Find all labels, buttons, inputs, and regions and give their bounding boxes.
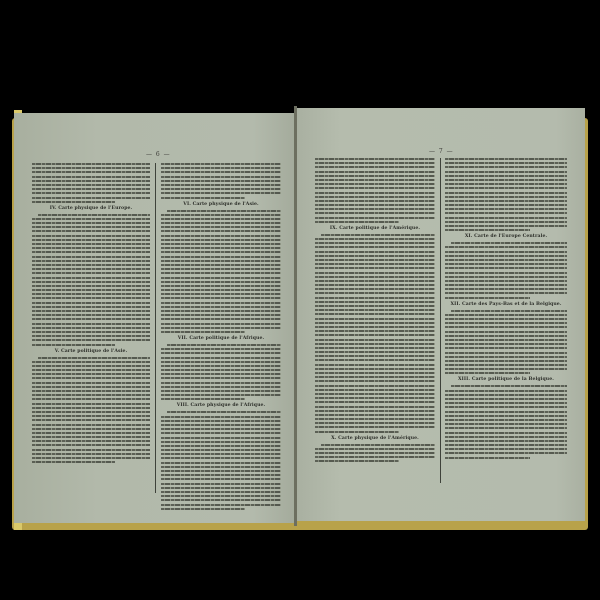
- text-line: [32, 314, 150, 316]
- text-line: [315, 272, 435, 274]
- text-line: [445, 183, 567, 185]
- text-line: [445, 292, 567, 294]
- text-line: [161, 441, 281, 443]
- text-line: [315, 200, 435, 202]
- text-line: [315, 212, 435, 214]
- text-line: [445, 444, 567, 446]
- text-line: [161, 382, 281, 384]
- text-line: [32, 428, 150, 430]
- text-line: [445, 158, 567, 160]
- text-line: [167, 411, 281, 413]
- text-line: [445, 402, 567, 404]
- text-line: [161, 365, 281, 367]
- text-line: [315, 380, 435, 382]
- text-line: [32, 361, 150, 363]
- left-page-number: — 6 —: [146, 151, 171, 158]
- text-line: [315, 292, 435, 294]
- text-line: [161, 348, 281, 350]
- text-line: [315, 389, 435, 391]
- text-line: [32, 394, 150, 396]
- text-line: [315, 418, 435, 420]
- text-line: [445, 343, 567, 345]
- text-line: [315, 401, 435, 403]
- section-heading: VI. Carte physique de l'Asie.: [161, 202, 281, 207]
- text-line: [161, 462, 281, 464]
- text-line: [161, 352, 281, 354]
- text-line: [445, 331, 567, 333]
- text-line: [315, 313, 435, 315]
- text-line: [315, 431, 399, 433]
- text-line: [32, 239, 150, 241]
- text-line: [161, 495, 281, 497]
- text-line: [315, 393, 435, 395]
- text-line: [315, 359, 435, 361]
- text-line: [445, 229, 530, 231]
- text-line: [445, 356, 567, 358]
- text-line: [38, 357, 150, 359]
- text-line: [161, 474, 281, 476]
- text-line: [315, 414, 435, 416]
- text-line: [161, 188, 281, 190]
- text-line: [32, 230, 150, 232]
- text-line: [315, 347, 435, 349]
- section-heading: X. Carte physique de l'Amérique.: [315, 436, 435, 441]
- text-line: [32, 171, 150, 173]
- text-line: [315, 343, 435, 345]
- right-page-number: — 7 —: [429, 148, 454, 155]
- text-line: [315, 276, 435, 278]
- text-line: [161, 163, 281, 165]
- text-line: [161, 314, 281, 316]
- text-line: [32, 339, 150, 341]
- text-line: [445, 314, 567, 316]
- section-heading: VII. Carte politique de l'Afrique.: [161, 336, 281, 341]
- text-line: [445, 335, 567, 337]
- text-line: [315, 238, 435, 240]
- text-line: [315, 192, 435, 194]
- text-line: [161, 285, 281, 287]
- text-line: [445, 347, 567, 349]
- text-line: [161, 420, 281, 422]
- text-line: [315, 326, 435, 328]
- text-line: [32, 323, 150, 325]
- text-line: [315, 355, 435, 357]
- text-line: [315, 284, 435, 286]
- text-line: [32, 222, 150, 224]
- text-line: [315, 217, 435, 219]
- text-line: [161, 432, 281, 434]
- text-line: [315, 460, 399, 462]
- text-line: [32, 176, 150, 178]
- text-line: [161, 180, 281, 182]
- text-line: [32, 444, 150, 446]
- text-line: [161, 491, 281, 493]
- text-line: [445, 276, 567, 278]
- text-line: [315, 301, 435, 303]
- text-line: [321, 234, 435, 236]
- text-line: [315, 175, 435, 177]
- text-line: [315, 368, 435, 370]
- text-line: [315, 452, 435, 454]
- text-line: [161, 184, 281, 186]
- section-heading: V. Carte politique de l'Asie.: [32, 349, 150, 354]
- text-line: [161, 218, 281, 220]
- text-line: [32, 436, 150, 438]
- text-line: [161, 260, 281, 262]
- text-line: [445, 394, 567, 396]
- text-line: [445, 368, 567, 370]
- text-line: [161, 243, 281, 245]
- left-page-column-2: VI. Carte physique de l'Asie.VII. Carte …: [161, 163, 281, 512]
- text-line: [445, 162, 567, 164]
- text-line: [315, 242, 435, 244]
- section-heading: IV. Carte physique de l'Europe.: [32, 206, 150, 211]
- text-line: [32, 302, 150, 304]
- text-line: [445, 200, 567, 202]
- text-line: [32, 419, 150, 421]
- text-line: [161, 239, 281, 241]
- text-line: [161, 197, 245, 199]
- text-line: [315, 339, 435, 341]
- text-line: [315, 372, 435, 374]
- open-book: — 6 — IV. Carte physique de l'Europe.V. …: [0, 0, 600, 600]
- text-line: [161, 504, 281, 506]
- text-line: [445, 175, 567, 177]
- text-line: [445, 372, 530, 374]
- text-line: [445, 288, 567, 290]
- text-line: [445, 339, 567, 341]
- text-line: [445, 419, 567, 421]
- text-line: [161, 256, 281, 258]
- text-line: [315, 208, 435, 210]
- text-line: [315, 280, 435, 282]
- text-line: [32, 180, 150, 182]
- text-line: [161, 289, 281, 291]
- text-line: [161, 457, 281, 459]
- text-line: [161, 323, 281, 325]
- text-line: [445, 196, 567, 198]
- text-line: [445, 352, 567, 354]
- text-line: [32, 407, 150, 409]
- section-heading: XI. Carte de l'Europe Centrale.: [445, 234, 567, 239]
- text-line: [32, 318, 150, 320]
- text-line: [445, 212, 567, 214]
- text-line: [445, 452, 567, 454]
- section-heading: IX. Carte politique de l'Amérique.: [315, 226, 435, 231]
- text-line: [445, 415, 567, 417]
- text-line: [445, 280, 567, 282]
- text-line: [161, 487, 281, 489]
- text-line: [445, 360, 567, 362]
- text-line: [315, 448, 435, 450]
- text-line: [445, 179, 567, 181]
- text-line: [161, 394, 281, 396]
- left-page: — 6 — IV. Carte physique de l'Europe.V. …: [14, 113, 295, 523]
- text-line: [161, 247, 281, 249]
- text-line: [32, 415, 150, 417]
- text-line: [32, 424, 150, 426]
- text-line: [32, 382, 150, 384]
- text-line: [161, 176, 281, 178]
- text-line: [161, 331, 245, 333]
- text-line: [161, 373, 281, 375]
- text-line: [32, 264, 150, 266]
- text-line: [321, 444, 435, 446]
- text-line: [161, 281, 281, 283]
- text-line: [445, 364, 567, 366]
- text-line: [161, 306, 281, 308]
- text-line: [32, 272, 150, 274]
- text-line: [161, 449, 281, 451]
- text-line: [445, 259, 567, 261]
- text-line: [32, 369, 150, 371]
- text-line: [161, 478, 281, 480]
- text-line: [32, 411, 150, 413]
- text-line: [315, 456, 435, 458]
- text-line: [315, 305, 435, 307]
- section-heading: VIII. Carte physique de l'Afrique.: [161, 403, 281, 408]
- text-line: [161, 235, 281, 237]
- text-line: [315, 426, 435, 428]
- text-line: [445, 263, 567, 265]
- text-line: [315, 221, 399, 223]
- text-line: [445, 448, 567, 450]
- text-line: [445, 217, 567, 219]
- text-line: [445, 272, 567, 274]
- text-line: [315, 246, 435, 248]
- column-rule: [440, 158, 441, 483]
- text-line: [315, 171, 435, 173]
- text-line: [445, 318, 567, 320]
- text-line: [445, 246, 567, 248]
- text-line: [315, 297, 435, 299]
- text-line: [32, 365, 150, 367]
- text-line: [32, 268, 150, 270]
- text-line: [445, 255, 567, 257]
- text-line: [161, 470, 281, 472]
- right-page-column-2: XI. Carte de l'Europe Centrale.XII. Cart…: [445, 158, 567, 461]
- text-line: [32, 403, 150, 405]
- text-line: [161, 302, 281, 304]
- text-line: [32, 373, 150, 375]
- text-line: [32, 251, 150, 253]
- text-line: [161, 251, 281, 253]
- text-line: [445, 221, 567, 223]
- text-line: [445, 297, 530, 299]
- text-line: [445, 390, 567, 392]
- right-page: — 7 — IX. Carte politique de l'Amérique.…: [297, 108, 585, 521]
- text-line: [315, 397, 435, 399]
- text-line: [315, 330, 435, 332]
- text-line: [161, 167, 281, 169]
- text-line: [445, 284, 567, 286]
- text-line: [315, 196, 435, 198]
- left-page-column-1: IV. Carte physique de l'Europe.V. Carte …: [32, 163, 150, 465]
- section-heading: XII. Carte des Pays-Bas et de la Belgiqu…: [445, 302, 567, 307]
- text-line: [161, 445, 281, 447]
- text-line: [445, 436, 567, 438]
- text-line: [161, 230, 281, 232]
- text-line: [315, 406, 435, 408]
- text-line: [315, 183, 435, 185]
- text-line: [32, 293, 150, 295]
- text-line: [315, 309, 435, 311]
- text-line: [32, 297, 150, 299]
- text-line: [315, 162, 435, 164]
- text-line: [161, 171, 281, 173]
- text-line: [315, 351, 435, 353]
- text-line: [315, 422, 435, 424]
- text-line: [161, 499, 281, 501]
- text-line: [451, 310, 567, 312]
- text-line: [445, 187, 567, 189]
- text-line: [32, 377, 150, 379]
- text-line: [445, 208, 567, 210]
- text-line: [161, 416, 281, 418]
- text-line: [32, 432, 150, 434]
- text-line: [161, 192, 281, 194]
- text-line: [32, 281, 150, 283]
- text-line: [315, 376, 435, 378]
- text-line: [445, 432, 567, 434]
- text-line: [445, 166, 567, 168]
- text-line: [32, 218, 150, 220]
- text-line: [167, 210, 281, 212]
- text-line: [32, 285, 150, 287]
- text-line: [32, 201, 115, 203]
- text-line: [445, 457, 530, 459]
- text-line: [161, 318, 281, 320]
- text-line: [32, 289, 150, 291]
- text-line: [32, 440, 150, 442]
- text-line: [32, 386, 150, 388]
- text-line: [161, 272, 281, 274]
- text-line: [32, 167, 150, 169]
- text-line: [32, 277, 150, 279]
- text-line: [32, 184, 150, 186]
- text-line: [38, 214, 150, 216]
- text-line: [315, 318, 435, 320]
- section-heading: XIII. Carte politique de la Belgique.: [445, 377, 567, 382]
- text-line: [161, 424, 281, 426]
- text-line: [161, 214, 281, 216]
- text-line: [161, 369, 281, 371]
- text-line: [161, 466, 281, 468]
- text-line: [445, 411, 567, 413]
- text-line: [32, 188, 150, 190]
- text-line: [32, 247, 150, 249]
- text-line: [32, 163, 150, 165]
- text-line: [445, 204, 567, 206]
- text-line: [32, 226, 150, 228]
- text-line: [445, 398, 567, 400]
- text-line: [32, 461, 115, 463]
- text-line: [161, 398, 245, 400]
- text-line: [445, 192, 567, 194]
- text-line: [167, 344, 281, 346]
- text-line: [32, 327, 150, 329]
- text-line: [445, 440, 567, 442]
- text-line: [32, 390, 150, 392]
- text-line: [451, 385, 567, 387]
- text-line: [161, 386, 281, 388]
- text-line: [32, 235, 150, 237]
- text-line: [315, 410, 435, 412]
- text-line: [315, 385, 435, 387]
- text-line: [315, 179, 435, 181]
- text-line: [445, 267, 567, 269]
- text-line: [315, 322, 435, 324]
- text-line: [161, 222, 281, 224]
- text-line: [161, 483, 281, 485]
- text-line: [315, 267, 435, 269]
- text-line: [315, 255, 435, 257]
- text-line: [445, 406, 567, 408]
- column-rule: [155, 163, 156, 493]
- text-line: [32, 449, 150, 451]
- text-line: [315, 263, 435, 265]
- text-line: [32, 398, 150, 400]
- text-line: [32, 331, 150, 333]
- text-line: [451, 242, 567, 244]
- text-line: [445, 326, 567, 328]
- text-line: [32, 306, 150, 308]
- text-line: [315, 288, 435, 290]
- text-line: [161, 357, 281, 359]
- text-line: [32, 192, 150, 194]
- text-line: [32, 260, 150, 262]
- text-line: [315, 204, 435, 206]
- text-line: [32, 335, 150, 337]
- text-line: [161, 361, 281, 363]
- text-line: [315, 158, 435, 160]
- text-line: [161, 327, 281, 329]
- text-line: [161, 226, 281, 228]
- text-line: [32, 344, 115, 346]
- text-line: [445, 225, 567, 227]
- text-line: [315, 251, 435, 253]
- text-line: [445, 171, 567, 173]
- text-line: [161, 268, 281, 270]
- right-page-column-1: IX. Carte politique de l'Amérique.X. Car…: [315, 158, 435, 465]
- text-line: [32, 457, 150, 459]
- text-line: [161, 293, 281, 295]
- text-line: [32, 453, 150, 455]
- text-line: [315, 334, 435, 336]
- text-line: [32, 197, 150, 199]
- text-line: [315, 166, 435, 168]
- text-line: [32, 243, 150, 245]
- text-line: [445, 423, 567, 425]
- text-line: [161, 277, 281, 279]
- text-line: [315, 259, 435, 261]
- text-line: [445, 322, 567, 324]
- text-line: [161, 264, 281, 266]
- text-line: [161, 377, 281, 379]
- text-line: [161, 390, 281, 392]
- text-line: [315, 187, 435, 189]
- text-line: [315, 364, 435, 366]
- text-line: [161, 508, 245, 510]
- text-line: [161, 437, 281, 439]
- text-line: [32, 310, 150, 312]
- text-line: [161, 453, 281, 455]
- text-line: [445, 251, 567, 253]
- text-line: [161, 310, 281, 312]
- text-line: [32, 256, 150, 258]
- text-line: [161, 297, 281, 299]
- text-line: [161, 428, 281, 430]
